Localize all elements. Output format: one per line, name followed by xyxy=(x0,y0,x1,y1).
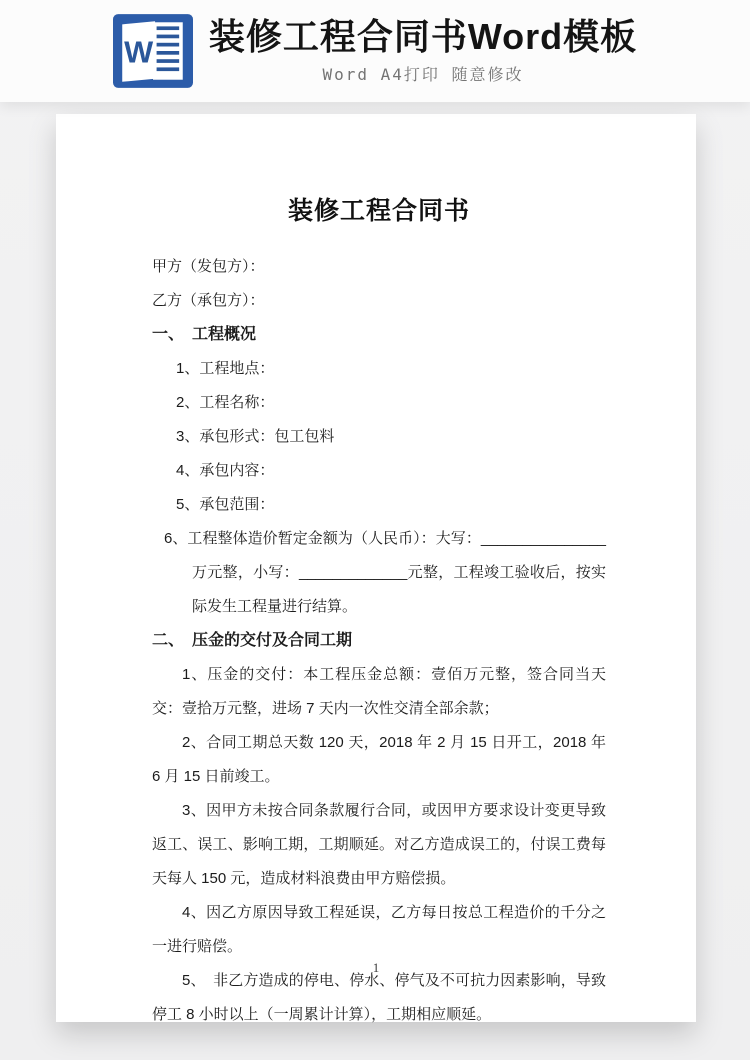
section2-paragraph-3: 3、因甲方未按合同条款履行合同，或因甲方要求设计变更导致返工、误工、影响工期，工… xyxy=(152,794,606,896)
template-header-text: 装修工程合同书Word模板 Word A4打印 随意修改 xyxy=(209,17,637,85)
word-icon-letter: W xyxy=(124,34,153,69)
section1-item-6: 6、工程整体造价暂定金额为（人民币）：大写：_______________万元整… xyxy=(158,522,606,624)
section2-heading: 二、 压金的交付及合同工期 xyxy=(152,624,606,658)
party-a-line: 甲方（发包方）： xyxy=(152,250,606,284)
section1-item-5: 5、承包范围： xyxy=(176,488,606,522)
section1-item-4: 4、承包内容： xyxy=(176,454,606,488)
template-subtitle: Word A4打印 随意修改 xyxy=(322,62,523,85)
template-header-inner: W 装修工程合同书Word模板 Word A4打印 随意修改 xyxy=(113,14,637,88)
section1-heading: 一、 工程概况 xyxy=(152,318,606,352)
section1-item-2: 2、工程名称： xyxy=(176,386,606,420)
template-title: 装修工程合同书Word模板 xyxy=(209,17,637,57)
page-number: 1 xyxy=(56,960,696,976)
background: W 装修工程合同书Word模板 Word A4打印 随意修改 装修工程合同书 甲… xyxy=(0,0,750,1060)
document-page: 装修工程合同书 甲方（发包方）： 乙方（承包方）： 一、 工程概况 1、工程地点… xyxy=(56,114,696,1022)
section1-item-3: 3、承包形式：包工包料 xyxy=(176,420,606,454)
section1-item-1: 1、工程地点： xyxy=(176,352,606,386)
party-b-line: 乙方（承包方）： xyxy=(152,284,606,318)
document-content: 装修工程合同书 甲方（发包方）： 乙方（承包方）： 一、 工程概况 1、工程地点… xyxy=(152,196,606,1032)
section2-paragraph-1: 1、压金的交付：本工程压金总额：壹佰万元整，签合同当天交：壹拾万元整，进场 7 … xyxy=(152,658,606,726)
section2-paragraph-4: 4、因乙方原因导致工程延误，乙方每日按总工程造价的千分之一进行赔偿。 xyxy=(152,896,606,964)
template-header: W 装修工程合同书Word模板 Word A4打印 随意修改 xyxy=(0,0,750,102)
word-icon: W xyxy=(113,14,193,88)
section2-paragraph-2: 2、合同工期总天数 120 天，2018 年 2 月 15 日开工，2018 年… xyxy=(152,726,606,794)
contract-title: 装修工程合同书 xyxy=(152,196,606,226)
